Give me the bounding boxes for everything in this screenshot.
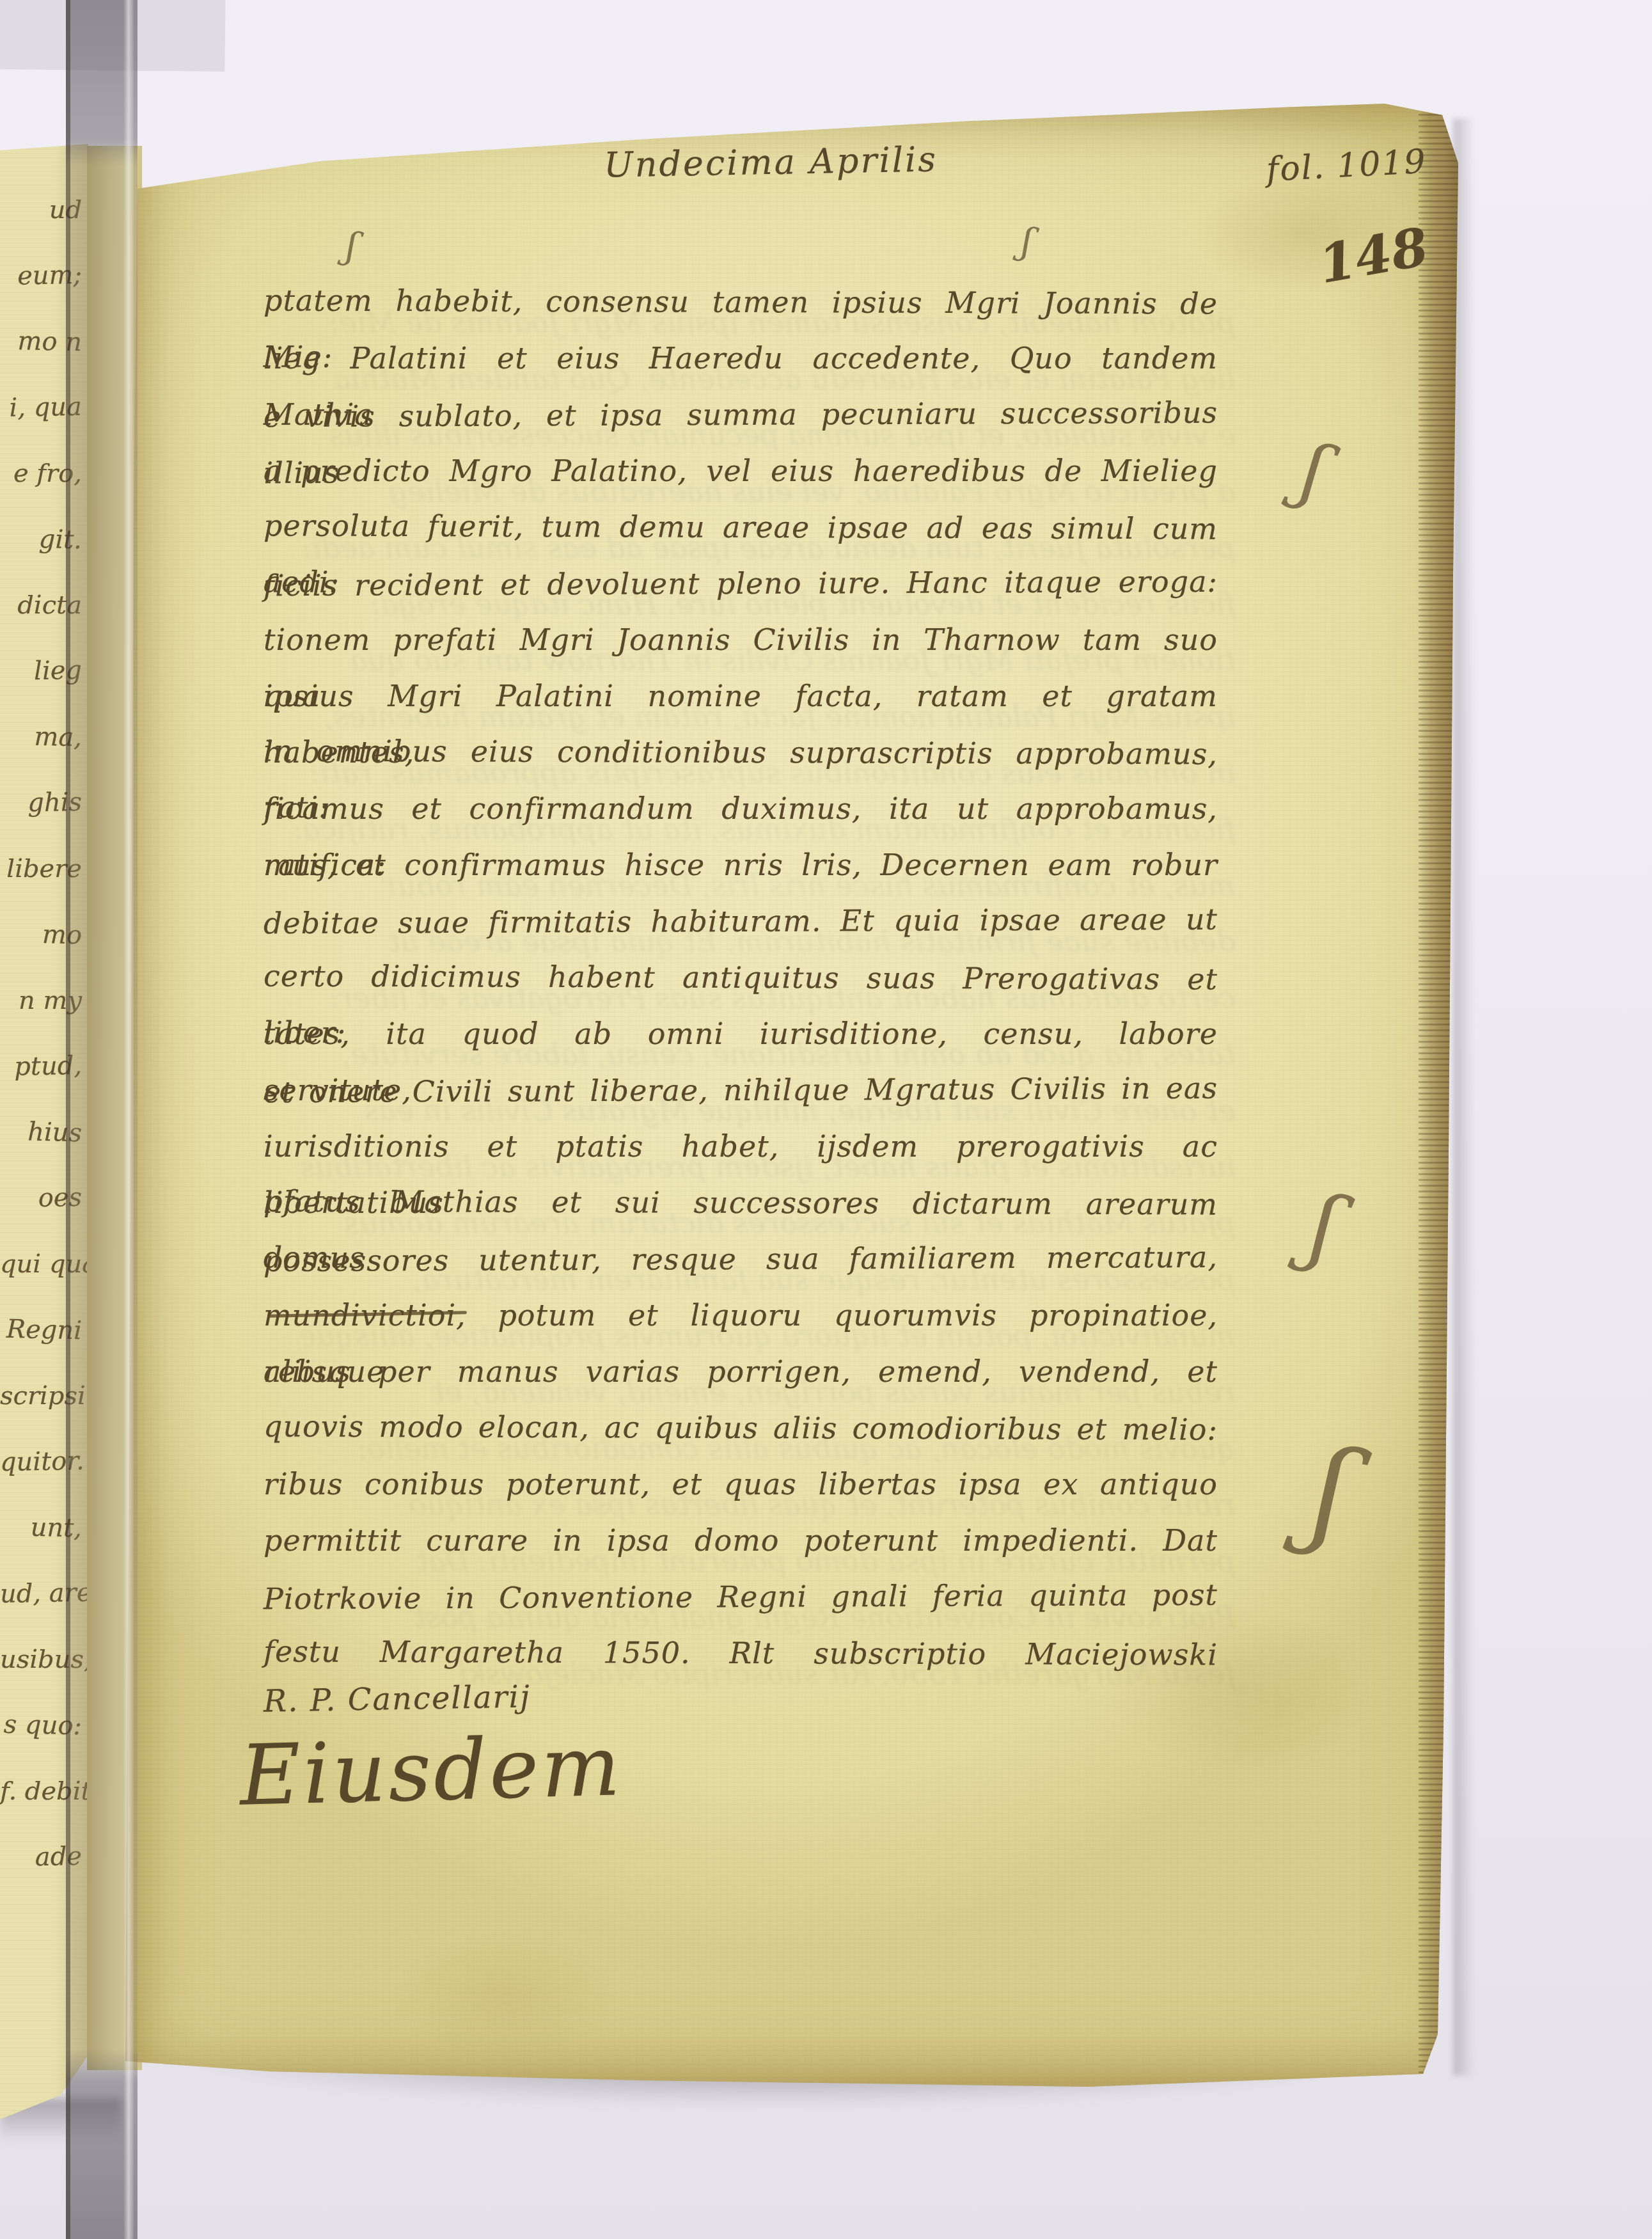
manuscript-scan: udeum;mo ni, quae fro,git.dictaliegma,gh… — [0, 0, 1652, 2239]
manuscript-line: permittit curare in ipsa domo poterunt i… — [264, 1512, 1218, 1569]
manuscript-line: ficiis recident et devoluent pleno iure.… — [264, 553, 1218, 614]
manuscript-line: quovis modo elocan, ac quibus aliis como… — [264, 1398, 1218, 1457]
book-holding-strap — [66, 0, 138, 2239]
manuscript-line: certo didicimus habent antiquitus suas P… — [264, 947, 1218, 1007]
fore-edge-drop-shadow — [1453, 118, 1475, 2076]
manuscript-line: tates, ita quod ab omni iurisditione, ce… — [264, 1006, 1218, 1062]
manuscript-line: ficamus et confirmandum duximus, ita ut … — [264, 780, 1218, 837]
section-heading: Eiusdem — [239, 1717, 624, 1824]
manuscript-line: persoluta fuerit, tum demu areae ipsae a… — [264, 497, 1218, 557]
manuscript-line: ribus conibus poterunt, et quas libertas… — [264, 1456, 1218, 1512]
manuscript-line: ptatem habebit, consensu tamen ipsius Mg… — [264, 272, 1218, 331]
manuscript-line: festu Margaretha 1550. Rlt subscriptio M… — [264, 1623, 1218, 1682]
manuscript-line: debitae suae firmitatis habituram. Et qu… — [264, 891, 1218, 952]
closing-line: R. P. Cancellarij — [264, 1679, 531, 1719]
manuscript-text-block: ptatem habebit, consensu tamen ipsius Mg… — [264, 274, 1218, 1681]
manuscript-line: rebus per manus varias porrigen, emend, … — [264, 1343, 1218, 1400]
manuscript-line: e vivis sublato, et ipsa summa pecuniaru… — [264, 384, 1218, 445]
manuscript-line: pfatus Mathias et sui successores dictar… — [264, 1173, 1218, 1232]
manuscript-line: tionem prefati Mgri Joannis Civilis in T… — [264, 612, 1218, 668]
manuscript-line: possessores utentur, resque sua familiar… — [264, 1229, 1218, 1290]
manuscript-line: et onere Civili sunt liberae, nihilque M… — [264, 1060, 1218, 1121]
manuscript-line: mundivictioi, potum et liquoru quorumvis… — [264, 1287, 1218, 1343]
manuscript-line: ipsius Mgri Palatini nomine facta, ratam… — [264, 668, 1218, 724]
manuscript-page: ptatem habebit, consensu tamen ipsius Mg… — [122, 102, 1460, 2091]
page-header-date: Undecima Aprilis — [562, 138, 979, 186]
manuscript-line: iurisditionis et ptatis habet, ijsdem pr… — [264, 1118, 1218, 1175]
manuscript-line: a predicto Mgro Palatino, vel eius haere… — [264, 443, 1218, 499]
manuscript-line: Piotrkovie in Conventione Regni gnali fe… — [264, 1567, 1218, 1627]
manuscript-line: lieg Palatini et eius Haeredu accedente,… — [264, 330, 1218, 386]
parchment-stain — [390, 1932, 620, 2060]
manuscript-line: in omnibus eius conditionibus suprascrip… — [264, 722, 1218, 782]
manuscript-line: mus, et confirmamus hisce nris lris, Dec… — [264, 837, 1218, 893]
